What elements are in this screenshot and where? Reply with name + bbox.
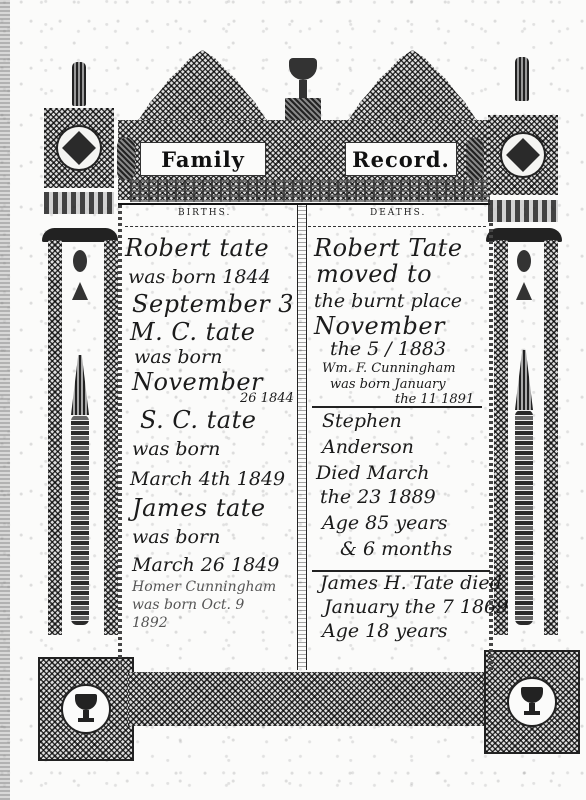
rosette-icon	[56, 125, 102, 171]
capital-box	[44, 108, 114, 188]
scan-edge	[0, 0, 10, 800]
deaths-header: DEATHS.	[370, 208, 426, 218]
capital-box	[488, 115, 558, 195]
spine-ornament	[71, 415, 89, 625]
bell-icon	[516, 282, 532, 300]
column-divider	[297, 205, 307, 670]
rosette-icon	[500, 132, 546, 178]
bell-icon	[72, 282, 88, 300]
panel-border-left	[118, 205, 122, 670]
deaths-header-rule	[308, 222, 486, 227]
vase-icon	[75, 694, 97, 724]
pillar-left-outer	[48, 240, 62, 635]
pedestal-left	[38, 657, 134, 761]
title-family: Family	[140, 142, 266, 176]
entry-rule	[312, 406, 482, 408]
finial-icon	[515, 57, 529, 101]
spire-icon	[71, 355, 89, 415]
scallop-border	[130, 180, 490, 202]
pendant-drop-icon	[73, 250, 87, 272]
pendant-drop-icon	[517, 250, 531, 272]
vase-icon	[521, 687, 543, 717]
births-header: BIRTHS.	[178, 208, 231, 218]
spine-ornament	[515, 410, 533, 625]
finial-icon	[72, 62, 86, 106]
births-header-rule	[125, 222, 295, 227]
pillar-right-outer	[544, 240, 558, 635]
title-record: Record.	[345, 142, 457, 176]
barrel-ornament-right	[466, 138, 484, 180]
pillar-left-inner	[104, 240, 118, 635]
pedestal-right	[484, 650, 580, 754]
spire-icon	[515, 350, 533, 410]
base-ornament-band	[128, 672, 484, 726]
checker-band	[44, 192, 114, 214]
barrel-ornament-left	[117, 138, 135, 180]
checker-band	[488, 200, 558, 222]
